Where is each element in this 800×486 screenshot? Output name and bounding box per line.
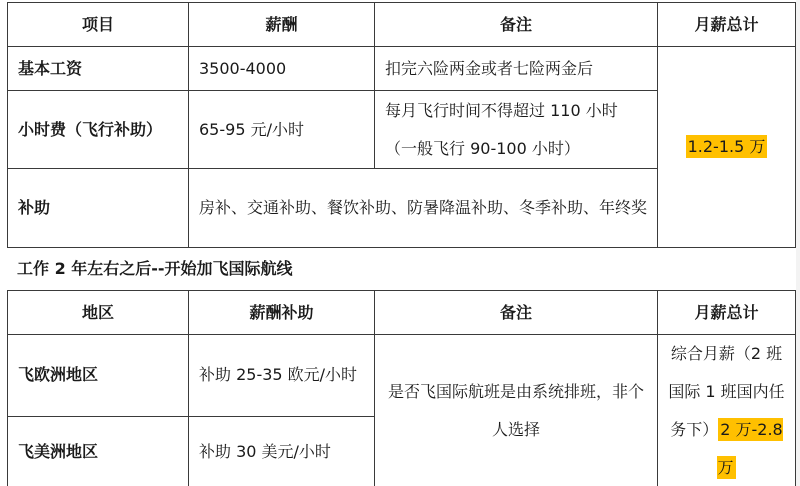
route-note-cell: 是否飞国际航班是由系统排班，非个人选择 [375, 335, 658, 486]
header-monthly-total: 月薪总计 [658, 291, 796, 335]
row-subsidy-details: 房补、交通补助、餐饮补助、防暑降温补助、冬季补助、年终奖 [189, 169, 658, 248]
row-item-base-salary: 基本工资 [8, 47, 189, 91]
row-pay-base-salary: 3500-4000 [189, 47, 375, 91]
international-route-table: 地区 薪酬补助 备注 月薪总计 飞欧洲地区 补助 25-35 欧元/小时 是否飞… [7, 290, 796, 486]
row-region-americas: 飞美洲地区 [8, 416, 189, 486]
row-subsidy-europe: 补助 25-35 欧元/小时 [189, 335, 375, 417]
table-row: 基本工资 3500-4000 扣完六险两金或者七险两金后 1.2-1.5 万 [8, 47, 796, 91]
table-header-row: 地区 薪酬补助 备注 月薪总计 [8, 291, 796, 335]
header-subsidy: 薪酬补助 [189, 291, 375, 335]
header-region: 地区 [8, 291, 189, 335]
header-item: 项目 [8, 3, 189, 47]
row-pay-hourly-fee: 65-95 元/小时 [189, 91, 375, 169]
row-item-subsidy: 补助 [8, 169, 189, 248]
monthly-total-cell: 1.2-1.5 万 [658, 47, 796, 248]
monthly-total-highlight: 1.2-1.5 万 [686, 135, 768, 158]
section-title: 工作 2 年左右之后--开始加飞国际航线 [17, 250, 293, 288]
table-row: 飞欧洲地区 补助 25-35 欧元/小时 是否飞国际航班是由系统排班，非个人选择… [8, 335, 796, 417]
row-note-base-salary: 扣完六险两金或者七险两金后 [375, 47, 658, 91]
row-note-hourly-fee: 每月飞行时间不得超过 110 小时（一般飞行 90-100 小时） [375, 91, 658, 169]
header-pay: 薪酬 [189, 3, 375, 47]
page-edge [796, 0, 800, 486]
table-header-row: 项目 薪酬 备注 月薪总计 [8, 3, 796, 47]
monthly-total-highlight: 2 万-2.8 万 [717, 418, 782, 479]
header-monthly-total: 月薪总计 [658, 3, 796, 47]
row-item-hourly-fee: 小时费（飞行补助） [8, 91, 189, 169]
pilot-salary-table: 项目 薪酬 备注 月薪总计 基本工资 3500-4000 扣完六险两金或者七险两… [7, 2, 796, 248]
header-note: 备注 [375, 3, 658, 47]
international-monthly-total-cell: 综合月薪（2 班国际 1 班国内任务下）2 万-2.8 万 [658, 335, 796, 486]
row-region-europe: 飞欧洲地区 [8, 335, 189, 417]
header-note: 备注 [375, 291, 658, 335]
row-subsidy-americas: 补助 30 美元/小时 [189, 416, 375, 486]
